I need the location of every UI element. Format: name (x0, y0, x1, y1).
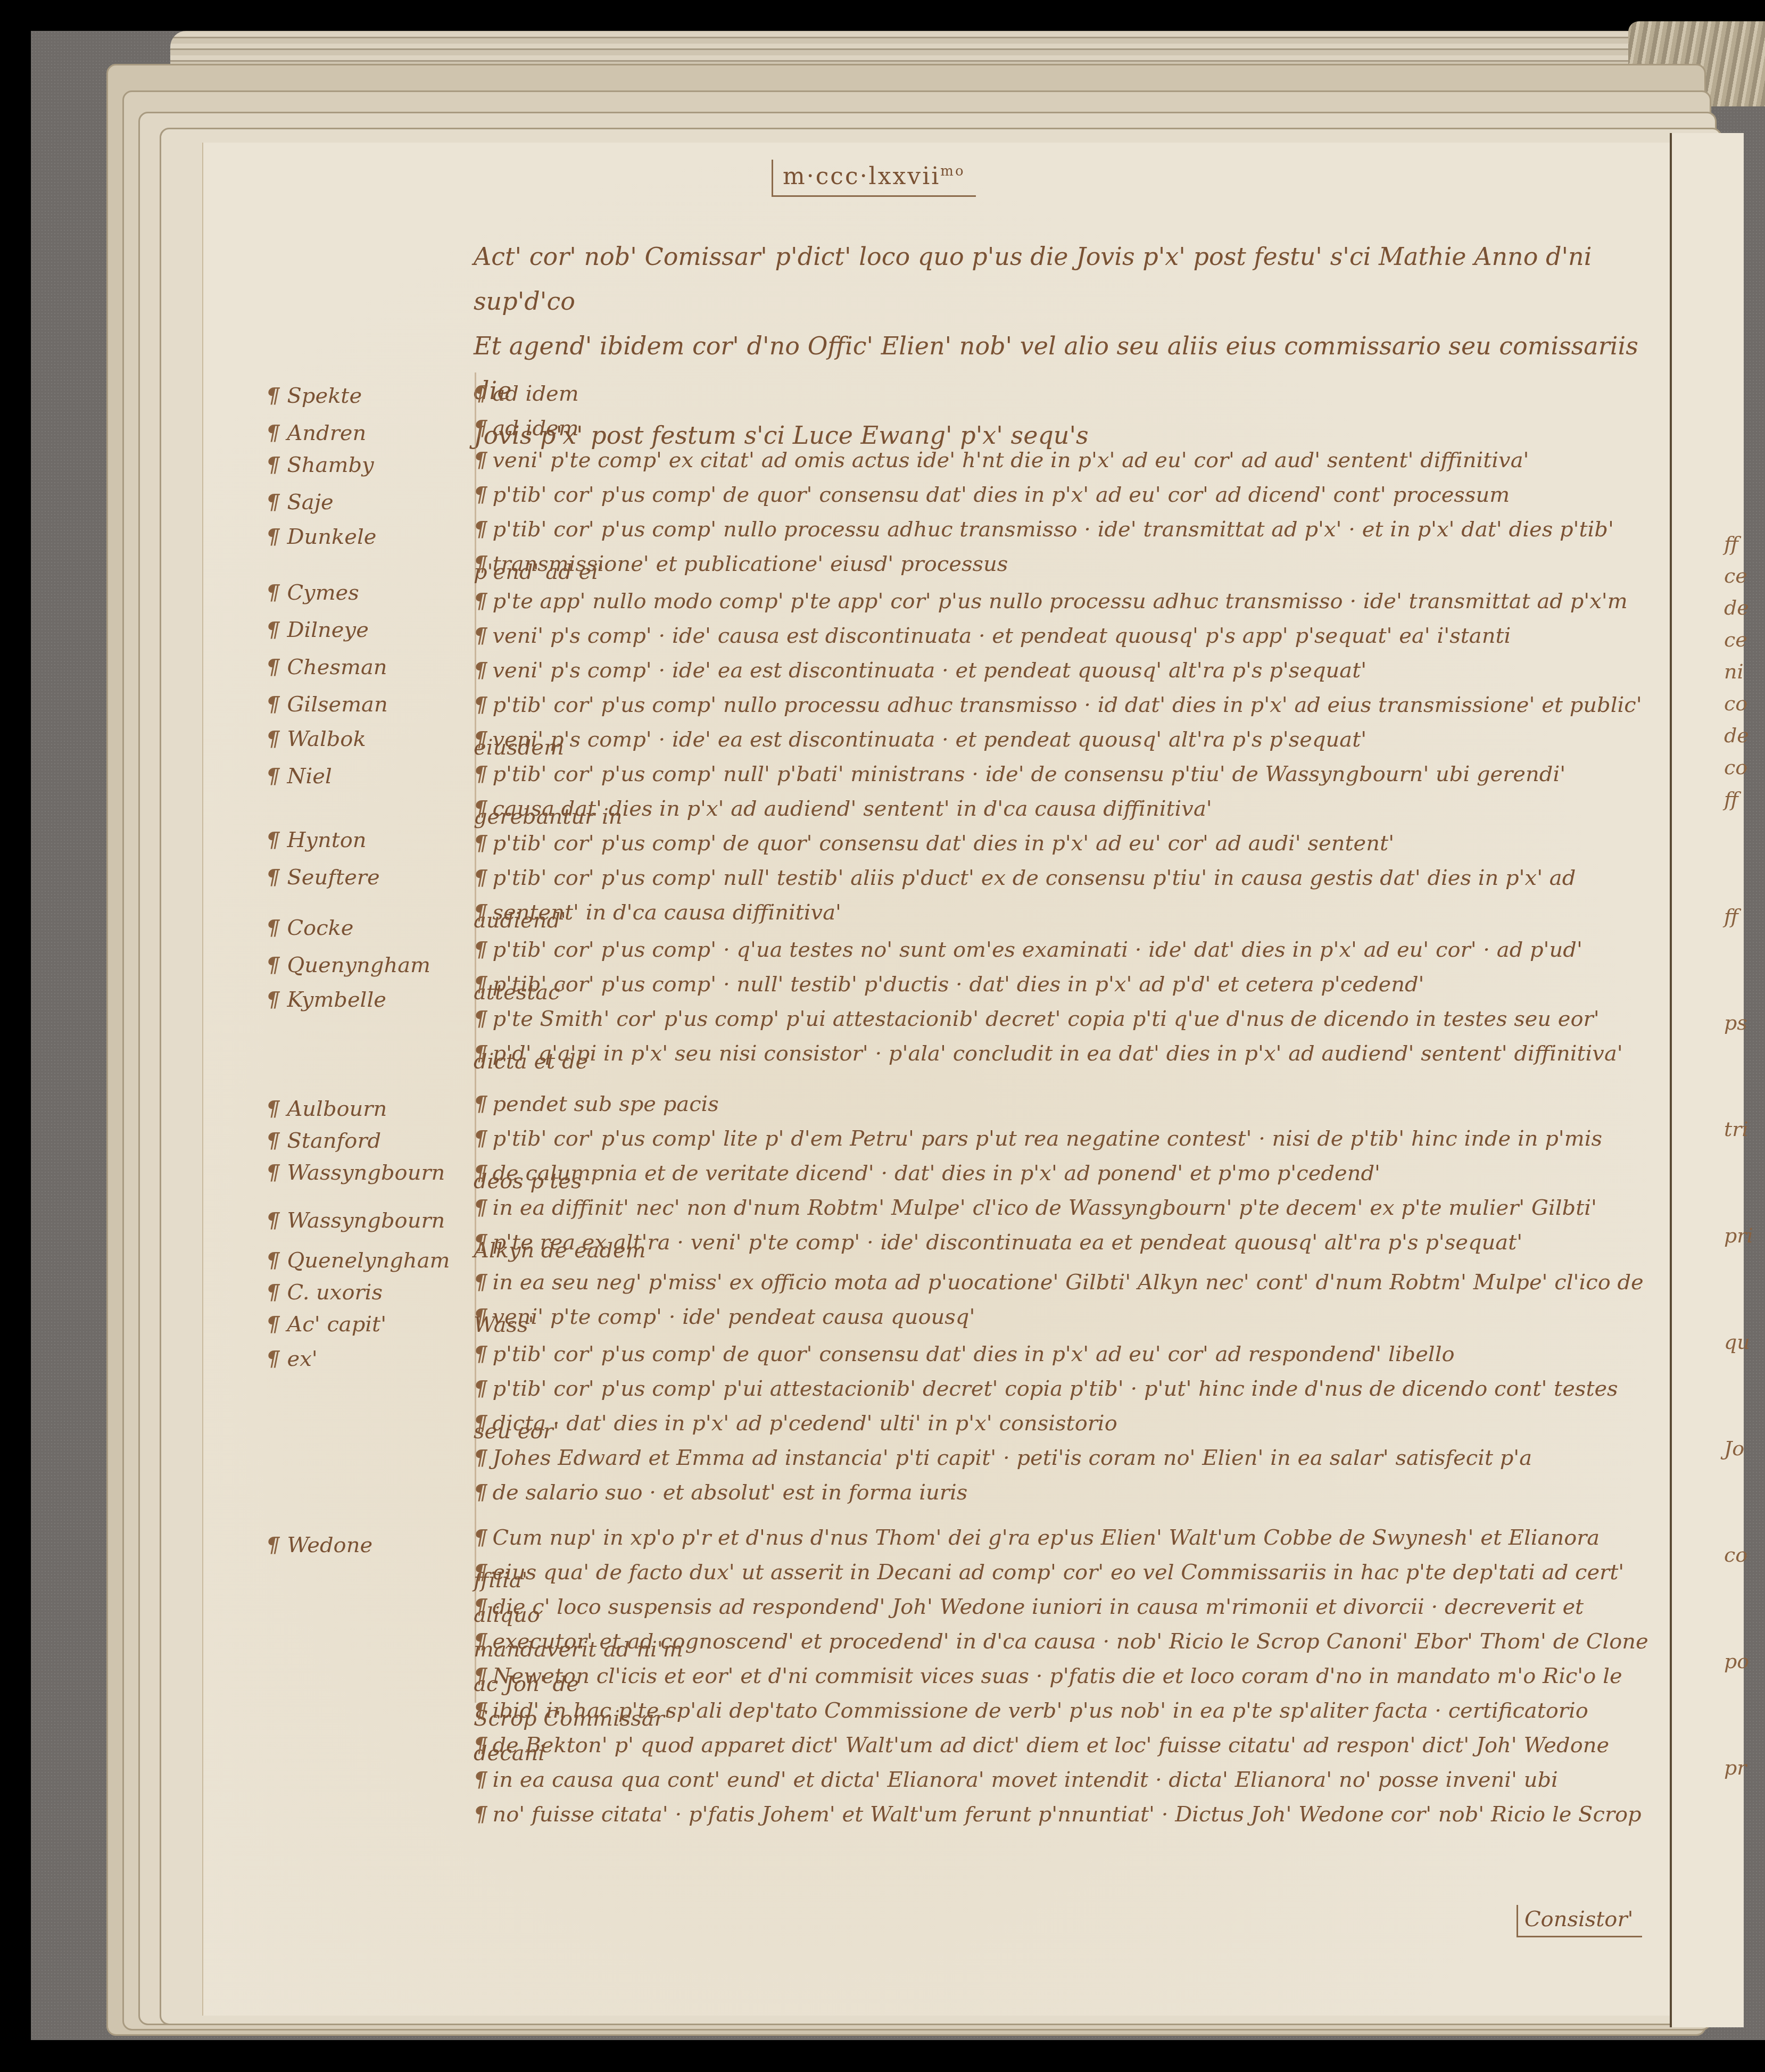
margin-name: ¶Aulbourn (266, 1096, 387, 1121)
margin-name: ¶Andren (266, 420, 366, 445)
entry-text: causa dat' dies in p'x' ad audiend' sent… (492, 797, 1212, 821)
paragraph-mark-icon: ¶ (474, 1698, 487, 1723)
facing-page-fragment: Jo (1724, 1437, 1745, 1460)
paragraph-mark-icon: ¶ (474, 1161, 487, 1186)
margin-name-label: Spekte (287, 384, 362, 408)
entry-text: in ea causa qua cont' eund' et dicta' El… (492, 1768, 1557, 1792)
margin-name: ¶Wassyngbourn (266, 1160, 445, 1185)
paragraph-mark-icon: ¶ (474, 1041, 487, 1066)
margin-name-label: Quenelyngham (287, 1248, 450, 1273)
entry-text: ad idem (492, 416, 578, 441)
margin-name: ¶Saje (266, 490, 334, 515)
register-entry: ¶sentent' in d'ca causa diffinitiva' (474, 891, 1655, 934)
margin-name: ¶Chesman (266, 654, 387, 679)
facing-page-fragment: co (1724, 692, 1745, 715)
entry-text: p'tib' cor' p'us comp' de quor' consensu… (492, 831, 1394, 856)
margin-name: ¶Gilseman (266, 692, 388, 717)
register-entry: ¶transmissione' et publicatione' eiusd' … (474, 543, 1655, 585)
entry-text: veni' p's comp' · ide' ea est discontinu… (492, 658, 1366, 683)
entry-text: transmissione' et publicatione' eiusd' p… (492, 552, 1008, 576)
entry-text: ad idem (492, 382, 578, 406)
paragraph-mark-icon: ¶ (474, 937, 487, 962)
margin-name-label: Aulbourn (287, 1097, 387, 1121)
facing-page-fragment: ni (1724, 660, 1745, 683)
entry-text: p'te app' nullo modo comp' p'te app' cor… (492, 589, 1627, 614)
paragraph-mark-icon: ¶ (266, 617, 279, 642)
facing-page-fragment: de (1724, 724, 1745, 747)
paragraph-mark-icon: ¶ (266, 1532, 279, 1557)
entry-text: p'd' q'a'pi in p'x' seu nisi consistor' … (492, 1041, 1622, 1066)
intro-line: Act' cor' nob' Comissar' p'dict' loco qu… (474, 234, 1655, 324)
register-entry: ¶de salario suo · et absolut' est in for… (474, 1471, 1655, 1514)
margin-name-label: Dunkele (287, 525, 376, 549)
paragraph-mark-icon: ¶ (474, 1445, 487, 1470)
margin-name-label: Wassyngbourn (287, 1208, 445, 1233)
paragraph-mark-icon: ¶ (474, 692, 487, 717)
margin-name: ¶Walbok (266, 726, 366, 751)
margin-name-label: C. uxoris (287, 1280, 382, 1305)
facing-page-fragment: po (1724, 1650, 1745, 1673)
entry-text: veni' p's comp' · ide' causa est discont… (492, 624, 1511, 648)
margin-name-label: Wedone (287, 1533, 372, 1557)
paragraph-mark-icon: ¶ (474, 1733, 487, 1758)
paragraph-mark-icon: ¶ (474, 1629, 487, 1654)
margin-name-label: Ac' capit' (287, 1312, 386, 1337)
paragraph-mark-icon: ¶ (474, 1195, 487, 1220)
margin-name: ¶Kymbelle (266, 987, 386, 1012)
facing-page-fragment: pri (1724, 1224, 1745, 1247)
paragraph-mark-icon: ¶ (266, 524, 279, 549)
paragraph-mark-icon: ¶ (266, 490, 279, 515)
entry-text: veni' p'te comp' ex citat' ad omis actus… (492, 448, 1529, 473)
paragraph-mark-icon: ¶ (474, 1304, 487, 1329)
paragraph-mark-icon: ¶ (474, 551, 487, 576)
paragraph-mark-icon: ¶ (474, 796, 487, 821)
facing-page-fragment: pr (1724, 1756, 1745, 1779)
paragraph-mark-icon: ¶ (474, 447, 487, 473)
entry-text: de Bekton' p' quod apparet dict' Walt'um… (492, 1733, 1609, 1758)
margin-name-label: Hynton (287, 828, 366, 852)
margin-name: ¶Niel (266, 764, 332, 789)
entry-text: pendet sub spe pacis (492, 1092, 718, 1116)
paragraph-mark-icon: ¶ (474, 727, 487, 752)
paragraph-mark-icon: ¶ (266, 383, 279, 408)
margin-name-label: Quenyngham (287, 953, 430, 977)
paragraph-mark-icon: ¶ (266, 987, 279, 1012)
facing-page-fragment: ce (1724, 564, 1745, 587)
margin-name: ¶Quenelyngham (266, 1248, 450, 1273)
margin-name-label: Gilseman (287, 692, 387, 717)
margin-name-label: Walbok (287, 727, 366, 751)
margin-name-label: Shamby (287, 453, 374, 477)
paragraph-mark-icon: ¶ (474, 865, 487, 890)
facing-page-fragment: ff (1724, 788, 1745, 811)
margin-name: ¶Dilneye (266, 617, 369, 642)
paragraph-mark-icon: ¶ (266, 865, 279, 890)
paragraph-mark-icon: ¶ (474, 1270, 487, 1295)
register-entry: ¶veni' p'te comp' · ide' pendeat causa q… (474, 1296, 1655, 1338)
margin-name: ¶Cymes (266, 580, 359, 605)
paragraph-mark-icon: ¶ (474, 482, 487, 507)
margin-name: ¶Seuftere (266, 865, 380, 890)
margin-name: ¶Wassyngbourn (266, 1208, 445, 1233)
margin-name: ¶Hynton (266, 827, 367, 852)
facing-page-fragment: co (1724, 756, 1745, 779)
entry-text: veni' p'te comp' · ide' pendeat causa qu… (492, 1305, 975, 1329)
paragraph-mark-icon: ¶ (474, 1480, 487, 1505)
folio-year: m·ccc·lxxvii (783, 163, 940, 190)
paragraph-mark-icon: ¶ (474, 972, 487, 997)
paragraph-mark-icon: ¶ (474, 517, 487, 542)
facing-page-fragment: ps (1724, 1011, 1745, 1034)
facing-page-fragment: co (1724, 1543, 1745, 1567)
paragraph-mark-icon: ¶ (266, 726, 279, 751)
facing-page-fragment: de (1724, 596, 1745, 619)
paragraph-mark-icon: ¶ (474, 1091, 487, 1116)
register-entry: ¶p'd' q'a'pi in p'x' seu nisi consistor'… (474, 1032, 1655, 1075)
paragraph-mark-icon: ¶ (266, 1346, 279, 1371)
facing-page-fragment: ff (1724, 532, 1745, 556)
paragraph-mark-icon: ¶ (266, 952, 279, 977)
facing-page-fragment: ff (1724, 905, 1745, 928)
margin-name-label: Kymbelle (287, 988, 386, 1012)
margin-name-label: Chesman (287, 655, 387, 679)
paragraph-mark-icon: ¶ (266, 764, 279, 789)
paragraph-mark-icon: ¶ (266, 420, 279, 445)
entry-text: Johes Edward et Emma ad instancia' p'ti … (492, 1446, 1532, 1470)
paragraph-mark-icon: ¶ (266, 1160, 279, 1185)
paragraph-mark-icon: ¶ (474, 1376, 487, 1401)
margin-name-label: Cocke (287, 916, 353, 940)
paragraph-mark-icon: ¶ (474, 761, 487, 786)
paragraph-mark-icon: ¶ (474, 1663, 487, 1688)
paragraph-mark-icon: ¶ (474, 1802, 487, 1827)
paragraph-mark-icon: ¶ (266, 1248, 279, 1273)
folio-year-heading: m·ccc·lxxviimo (772, 160, 976, 197)
facing-page-fragment: ce (1724, 628, 1745, 651)
margin-name: ¶Shamby (266, 452, 374, 477)
entry-text: veni' p's comp' · ide' ea est discontinu… (492, 727, 1366, 752)
paragraph-mark-icon: ¶ (474, 1560, 487, 1585)
margin-name-label: Andren (287, 421, 366, 445)
entry-text: de salario suo · et absolut' est in form… (492, 1480, 967, 1505)
paragraph-mark-icon: ¶ (474, 900, 487, 925)
entry-text: de calumpnia et de veritate dicend' · da… (492, 1161, 1380, 1186)
paragraph-mark-icon: ¶ (474, 1594, 487, 1619)
paragraph-mark-icon: ¶ (474, 1767, 487, 1792)
facing-page-fragment: tri (1724, 1117, 1745, 1141)
register-entry: ¶no' fuisse citata' · p'fatis Johem' et … (474, 1793, 1655, 1836)
paragraph-mark-icon: ¶ (266, 1128, 279, 1153)
entry-text: p'tib' cor' p'us comp' de quor' consensu… (492, 1342, 1454, 1366)
margin-name: ¶Stanford (266, 1128, 381, 1153)
paragraph-mark-icon: ¶ (266, 452, 279, 477)
paragraph-mark-icon: ¶ (474, 1230, 487, 1255)
entry-text: p'te rea ex alt'ra · veni' p'te comp' · … (492, 1230, 1522, 1255)
paragraph-mark-icon: ¶ (266, 1208, 279, 1233)
margin-name: ¶Quenyngham (266, 952, 430, 977)
paragraph-mark-icon: ¶ (266, 580, 279, 605)
register-entry: ¶p'te rea ex alt'ra · veni' p'te comp' ·… (474, 1221, 1655, 1264)
paragraph-mark-icon: ¶ (266, 692, 279, 717)
margin-name: ¶Dunkele (266, 524, 376, 549)
entry-text: sentent' in d'ca causa diffinitiva' (492, 900, 841, 925)
facing-page-strip (1672, 133, 1744, 2027)
paragraph-mark-icon: ¶ (266, 827, 279, 852)
paragraph-mark-icon: ¶ (474, 1341, 487, 1366)
folio-year-suffix: mo (940, 163, 965, 179)
margin-name-label: Niel (287, 764, 332, 789)
paragraph-mark-icon: ¶ (266, 654, 279, 679)
catchword: Consistor' (1517, 1905, 1642, 1937)
paragraph-mark-icon: ¶ (474, 416, 487, 441)
margin-name-label: Wassyngbourn (287, 1161, 445, 1185)
margin-name-label: Seuftere (287, 865, 379, 890)
margin-name: ¶ex' (266, 1346, 318, 1371)
paragraph-mark-icon: ¶ (474, 623, 487, 648)
margin-name: ¶Ac' capit' (266, 1312, 386, 1337)
paragraph-mark-icon: ¶ (474, 831, 487, 856)
paragraph-mark-icon: ¶ (474, 1006, 487, 1031)
book-gutter (1670, 133, 1672, 2027)
margin-name: ¶Spekte (266, 383, 362, 408)
paragraph-mark-icon: ¶ (266, 1312, 279, 1337)
margin-name-label: Cymes (287, 581, 359, 605)
margin-name: ¶Cocke (266, 915, 353, 940)
paragraph-mark-icon: ¶ (474, 658, 487, 683)
margin-name-label: Saje (287, 490, 333, 515)
margin-name: ¶C. uxoris (266, 1280, 383, 1305)
margin-name: ¶Wedone (266, 1532, 372, 1557)
paragraph-mark-icon: ¶ (474, 1126, 487, 1151)
paragraph-mark-icon: ¶ (474, 381, 487, 406)
paragraph-mark-icon: ¶ (266, 915, 279, 940)
paragraph-mark-icon: ¶ (474, 1411, 487, 1436)
paragraph-mark-icon: ¶ (266, 1280, 279, 1305)
entry-text: p'tib' cor' p'us comp' · null' testib' p… (492, 972, 1424, 997)
margin-name-label: Stanford (287, 1129, 381, 1153)
paragraph-mark-icon: ¶ (474, 589, 487, 614)
entry-text: p'tib' cor' p'us comp' de quor' consensu… (492, 483, 1510, 507)
margin-name-label: ex' (287, 1347, 317, 1371)
paragraph-mark-icon: ¶ (266, 1096, 279, 1121)
facing-page-fragment: qu (1724, 1330, 1745, 1354)
entry-text: no' fuisse citata' · p'fatis Johem' et W… (492, 1802, 1641, 1827)
entry-text: dicta · dat' dies in p'x' ad p'cedend' u… (492, 1411, 1117, 1436)
paragraph-mark-icon: ¶ (474, 1525, 487, 1550)
margin-name-label: Dilneye (287, 618, 368, 642)
